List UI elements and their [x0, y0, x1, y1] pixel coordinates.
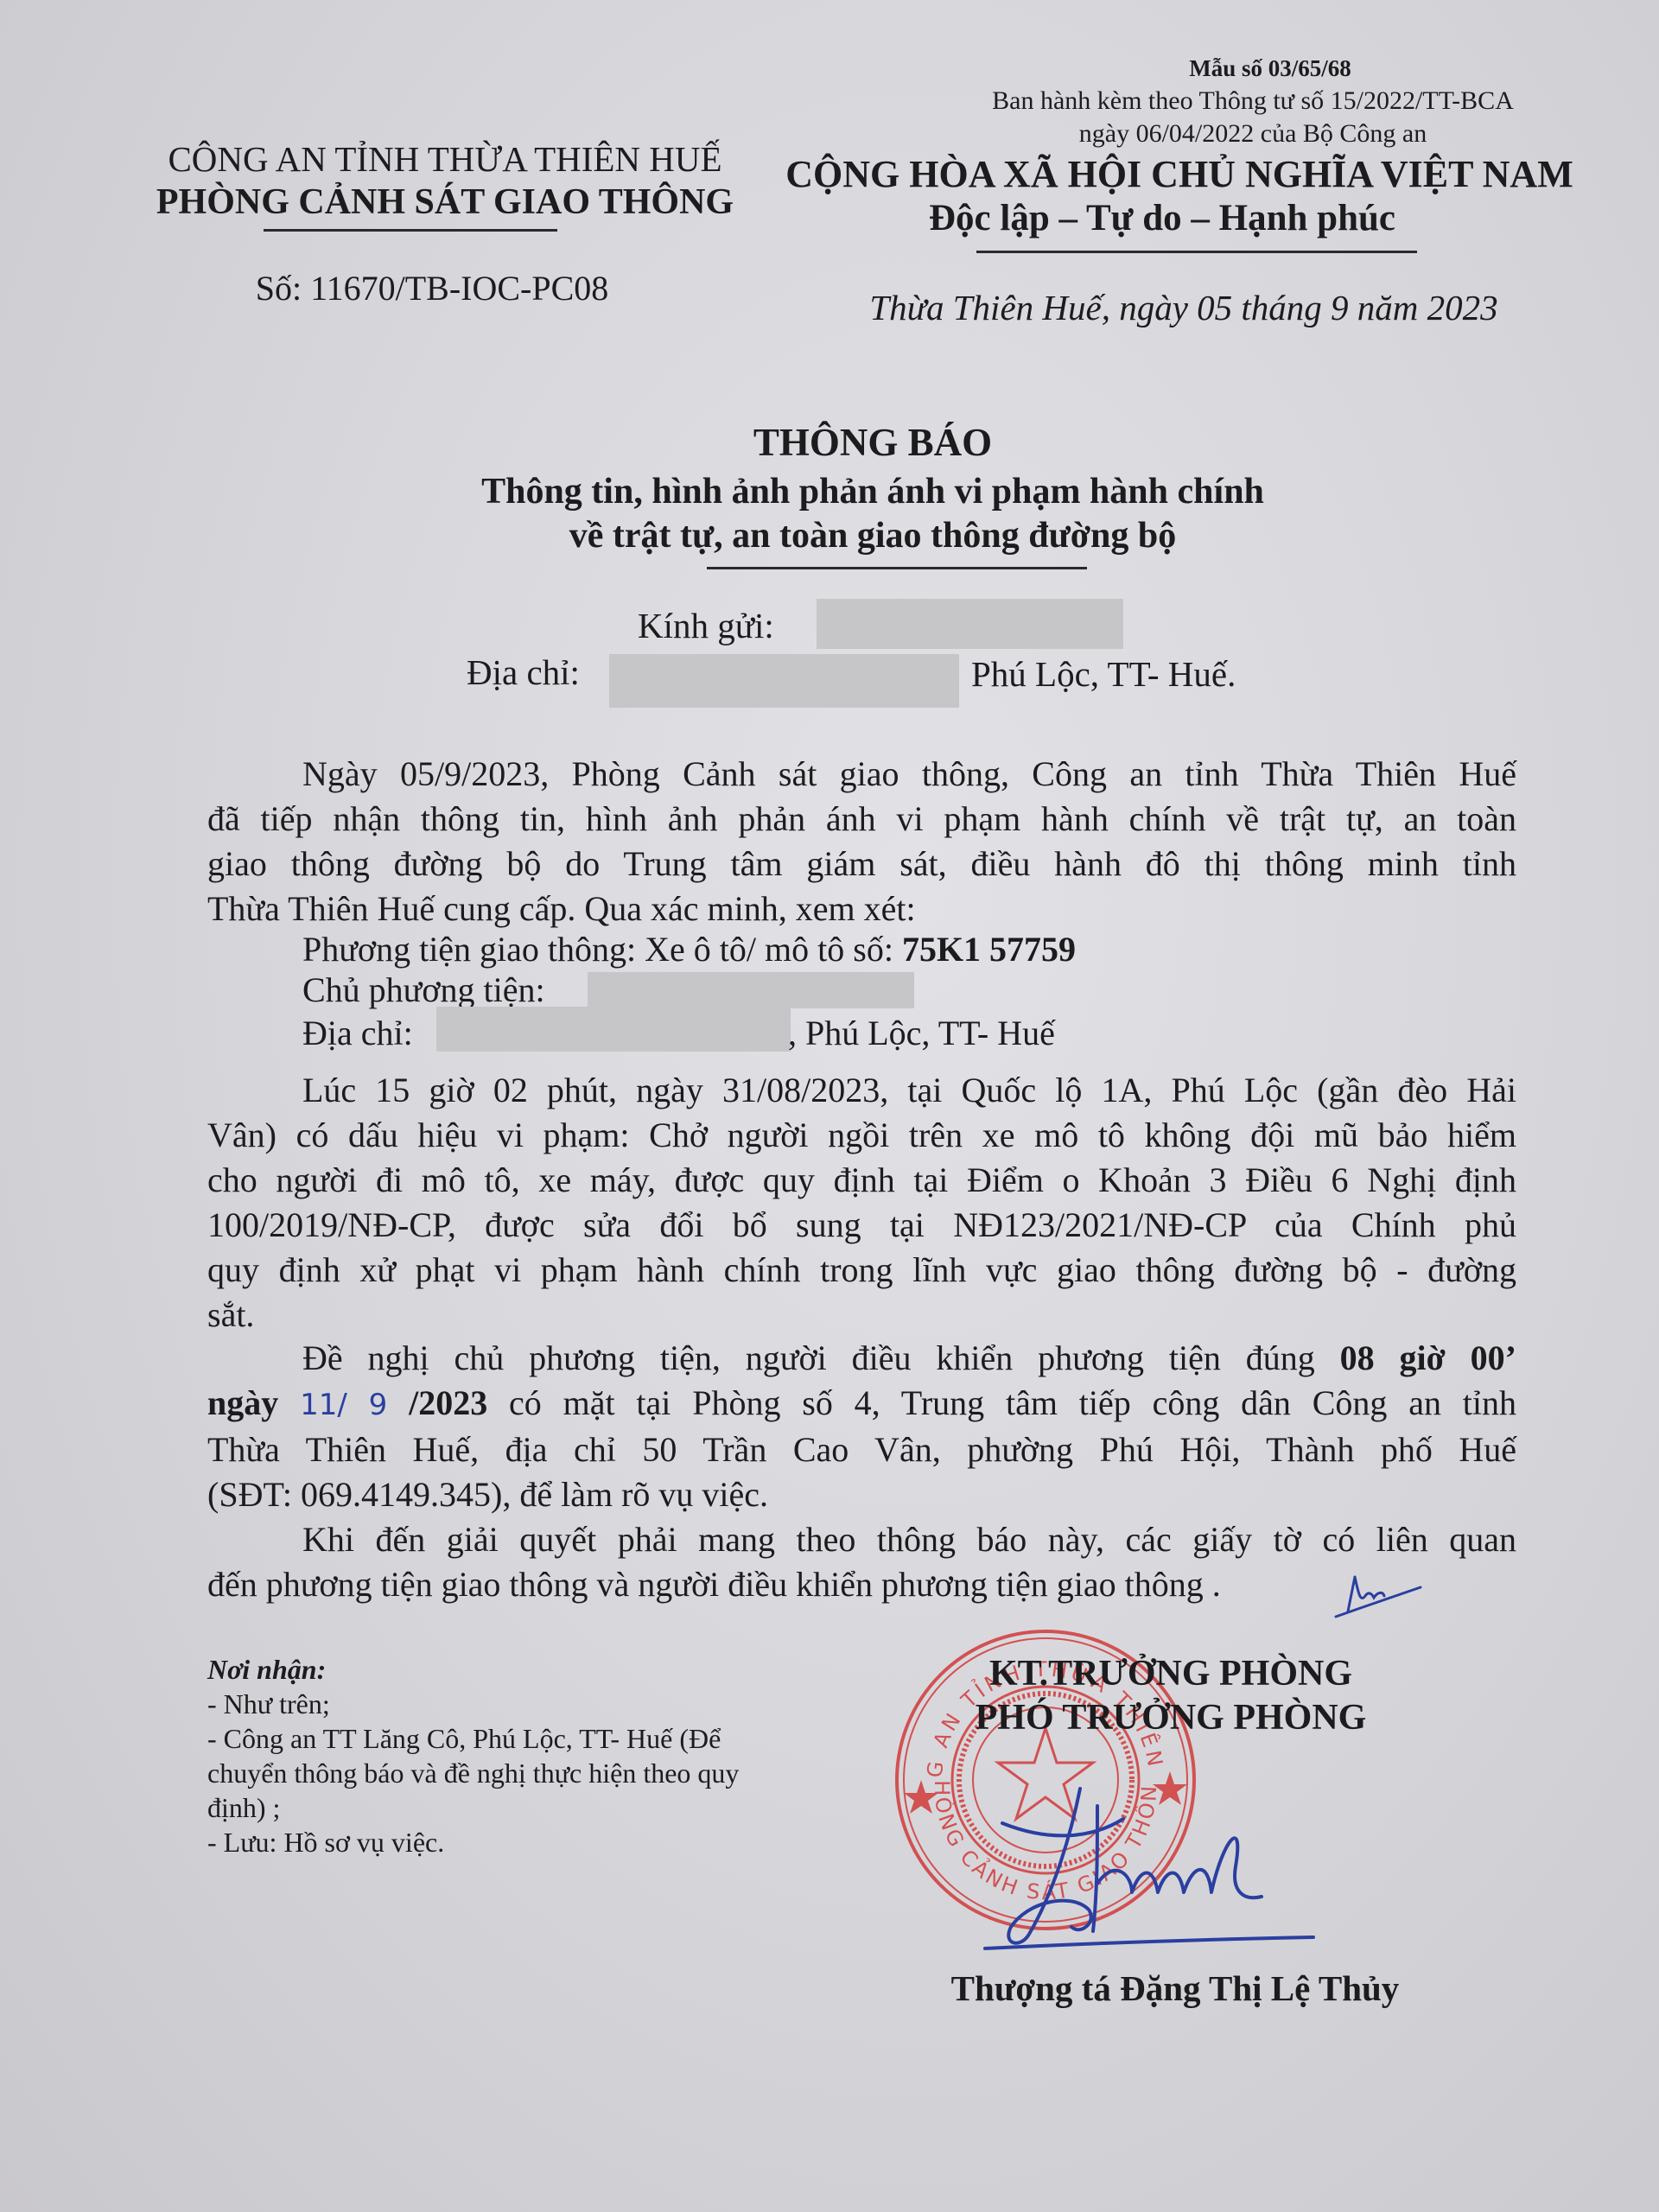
paragraph-2-line: 100/2019/NĐ-CP, được sửa đổi bổ sung tại…	[207, 1203, 1516, 1248]
paragraph-4: Khi đến giải quyết phải mang theo thông …	[207, 1517, 1516, 1607]
appointment-year: /2023	[409, 1383, 487, 1422]
owner-address-suffix: , Phú Lộc, TT- Huế	[788, 1013, 1055, 1053]
agency-parent: CÔNG AN TỈNH THỪA THIÊN HUẾ	[130, 138, 760, 180]
handwritten-initials-icon	[1331, 1568, 1426, 1620]
agency-name: PHÒNG CẢNH SÁT GIAO THÔNG	[130, 181, 760, 223]
vehicle-label: Phương tiện giao thông: Xe ô tô/ mô tô s…	[302, 930, 893, 969]
redacted-owner-address	[436, 1007, 791, 1052]
nation-title: CỘNG HÒA XÃ HỘI CHỦ NGHĨA VIỆT NAM	[782, 152, 1577, 196]
handwritten-day: 11/	[300, 1388, 347, 1422]
appointment-day-label: ngày	[207, 1383, 278, 1422]
paragraph-4-line: Khi đến giải quyết phải mang theo thông …	[207, 1517, 1516, 1562]
motto-underline	[976, 251, 1417, 253]
appointment-place: có mặt tại Phòng số 4, Trung tâm tiếp cô…	[509, 1383, 1516, 1422]
document-number: Số: 11670/TB-IOC-PC08	[173, 268, 691, 308]
document-subtitle-line2: về trật tự, an toàn giao thông đường bộ	[415, 515, 1331, 556]
recipients-block: Nơi nhận: - Như trên; - Công an TT Lăng …	[207, 1652, 739, 1859]
issued-with-line2: ngày 06/04/2022 của Bộ Công an	[942, 119, 1564, 149]
redacted-owner-name	[588, 972, 914, 1008]
redacted-recipient-name	[817, 599, 1123, 649]
paragraph-3: Đề nghị chủ phương tiện, người điều khiể…	[207, 1336, 1516, 1517]
address-suffix: Phú Lộc, TT- Huế.	[971, 653, 1236, 695]
recipients-item: - Công an TT Lăng Cô, Phú Lộc, TT- Huế (…	[207, 1721, 739, 1756]
paragraph-1-line: đã tiếp nhận thông tin, hình ảnh phản án…	[207, 797, 1516, 842]
document-title: THÔNG BÁO	[432, 420, 1313, 465]
recipients-item: - Lưu: Hồ sơ vụ việc.	[207, 1825, 739, 1859]
paragraph-2: Lúc 15 giờ 02 phút, ngày 31/08/2023, tại…	[207, 1068, 1516, 1338]
vehicle-line: Phương tiện giao thông: Xe ô tô/ mô tô s…	[302, 929, 1076, 969]
address-label: Địa chỉ:	[467, 652, 580, 693]
signature-title-line1: KT.TRƯỞNG PHÒNG	[920, 1653, 1421, 1694]
owner-address-label: Địa chỉ:	[302, 1013, 413, 1053]
plate-number: 75K1 57759	[902, 930, 1076, 969]
redacted-recipient-address	[609, 654, 959, 708]
recipients-item: chuyển thông báo và đề nghị thực hiện th…	[207, 1756, 739, 1790]
paragraph-4-line: đến phương tiện giao thông và người điều…	[207, 1562, 1516, 1607]
owner-label: Chủ phương tiện:	[302, 969, 545, 1010]
paragraph-2-line: cho người đi mô tô, xe máy, được quy địn…	[207, 1158, 1516, 1203]
appointment-request: Đề nghị chủ phương tiện, người điều khiể…	[302, 1338, 1315, 1377]
issued-with-line1: Ban hành kèm theo Thông tư số 15/2022/TT…	[942, 86, 1564, 116]
form-number: Mẫu số 03/65/68	[1171, 55, 1370, 82]
paragraph-2-line: Vân) có dấu hiệu vi phạm: Chở người ngồi…	[207, 1113, 1516, 1158]
recipients-heading: Nơi nhận:	[207, 1652, 739, 1687]
signature-title-line2: PHÓ TRƯỞNG PHÒNG	[920, 1697, 1421, 1738]
to-label: Kính gửi:	[638, 605, 774, 646]
title-underline	[707, 567, 1087, 569]
agency-underline	[264, 229, 557, 232]
paragraph-3-line: ngày 11/ 9 /2023 có mặt tại Phòng số 4, …	[207, 1381, 1516, 1427]
paragraph-3-line: Thừa Thiên Huế, địa chỉ 50 Trần Cao Vân,…	[207, 1427, 1516, 1472]
paragraph-3-line: Đề nghị chủ phương tiện, người điều khiể…	[207, 1336, 1516, 1381]
motto: Độc lập – Tự do – Hạnh phúc	[881, 197, 1443, 239]
recipients-item: - Như trên;	[207, 1687, 739, 1721]
paragraph-1: Ngày 05/9/2023, Phòng Cảnh sát giao thôn…	[207, 752, 1516, 931]
paragraph-3-line: (SĐT: 069.4149.345), để làm rõ vụ việc.	[207, 1472, 1516, 1517]
paragraph-2-line: quy định xử phạt vi phạm hành chính tron…	[207, 1248, 1516, 1293]
handwritten-signature-icon	[968, 1780, 1348, 1953]
recipients-item: định) ;	[207, 1790, 739, 1825]
handwritten-month: 9	[369, 1388, 388, 1422]
paragraph-2-line: Lúc 15 giờ 02 phút, ngày 31/08/2023, tại…	[207, 1068, 1516, 1113]
document-subtitle-line1: Thông tin, hình ảnh phản ánh vi phạm hàn…	[415, 471, 1331, 512]
paragraph-2-line: sắt.	[207, 1293, 1516, 1338]
signer-name: Thượng tá Đặng Thị Lệ Thủy	[899, 1967, 1452, 2009]
paragraph-1-line: Thừa Thiên Huế cung cấp. Qua xác minh, x…	[207, 887, 1516, 931]
paragraph-1-line: giao thông đường bộ do Trung tâm giám sá…	[207, 842, 1516, 887]
paragraph-1-line: Ngày 05/9/2023, Phòng Cảnh sát giao thôn…	[207, 752, 1516, 797]
place-date: Thừa Thiên Huế, ngày 05 tháng 9 năm 2023	[829, 287, 1538, 328]
appointment-time: 08 giờ 00’	[1340, 1338, 1516, 1377]
